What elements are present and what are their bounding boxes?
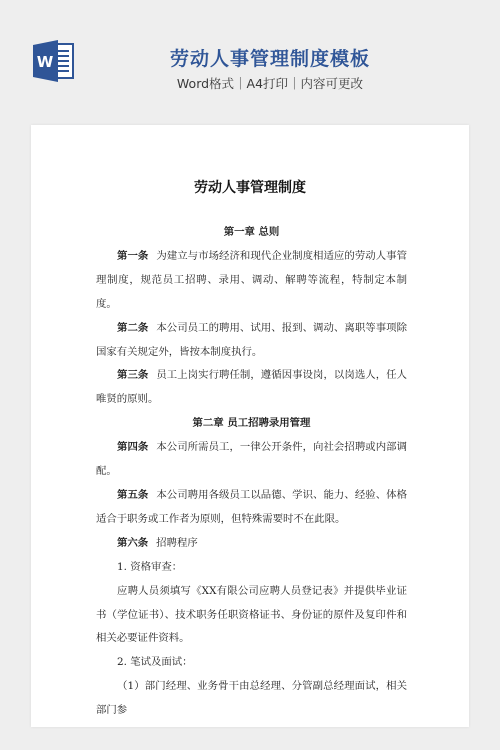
- article-label: 第三条: [117, 369, 148, 381]
- article: 第二条本公司员工的聘用、试用、报到、调动、离职等事项除国家有关规定外，皆按本制度…: [96, 317, 407, 365]
- article-label: 第六条: [117, 537, 148, 549]
- article-label: 第五条: [117, 489, 148, 501]
- document-title: 劳动人事管理制度: [31, 177, 469, 197]
- article: 第一条为建立与市场经济和现代企业制度相适应的劳动人事管理制度，规范员工招聘、录用…: [96, 245, 407, 317]
- svg-text:W: W: [37, 53, 54, 71]
- paragraph: 2. 笔试及面试：: [96, 651, 407, 675]
- article-label: 第二条: [117, 322, 148, 334]
- article: 第四条本公司所需员工，一律公开条件，向社会招聘或内部调配。: [96, 436, 407, 484]
- article: 第五条本公司聘用各级员工以品德、学识、能力、经验、体格适合于职务或工作者为原则，…: [96, 484, 407, 532]
- paragraph: 1. 资格审查：: [96, 556, 407, 580]
- document-page: 劳动人事管理制度 第一章 总则 第一条为建立与市场经济和现代企业制度相适应的劳动…: [31, 125, 469, 727]
- word-icon: W: [31, 39, 77, 83]
- article-text: 招聘程序: [156, 537, 198, 549]
- chapter-heading: 第二章 员工招聘录用管理: [96, 412, 407, 436]
- banner-title: 劳动人事管理制度模板: [140, 44, 400, 71]
- banner-subtitle: Word格式｜A4打印｜内容可更改: [140, 74, 400, 92]
- article: 第三条员工上岗实行聘任制，遵循因事设岗，以岗选人，任人唯贤的原则。: [96, 364, 407, 412]
- document-body: 第一章 总则 第一条为建立与市场经济和现代企业制度相适应的劳动人事管理制度，规范…: [96, 221, 407, 723]
- article: 第六条招聘程序: [96, 532, 407, 556]
- paragraph: （1）部门经理、业务骨干由总经理、分管副总经理面试，相关部门参: [96, 675, 407, 723]
- paragraph: 应聘人员须填写《XX有限公司应聘人员登记表》并提供毕业证书（学位证书）、技术职务…: [96, 580, 407, 652]
- article-label: 第一条: [117, 250, 148, 262]
- chapter-heading: 第一章 总则: [96, 221, 407, 245]
- article-label: 第四条: [117, 441, 148, 453]
